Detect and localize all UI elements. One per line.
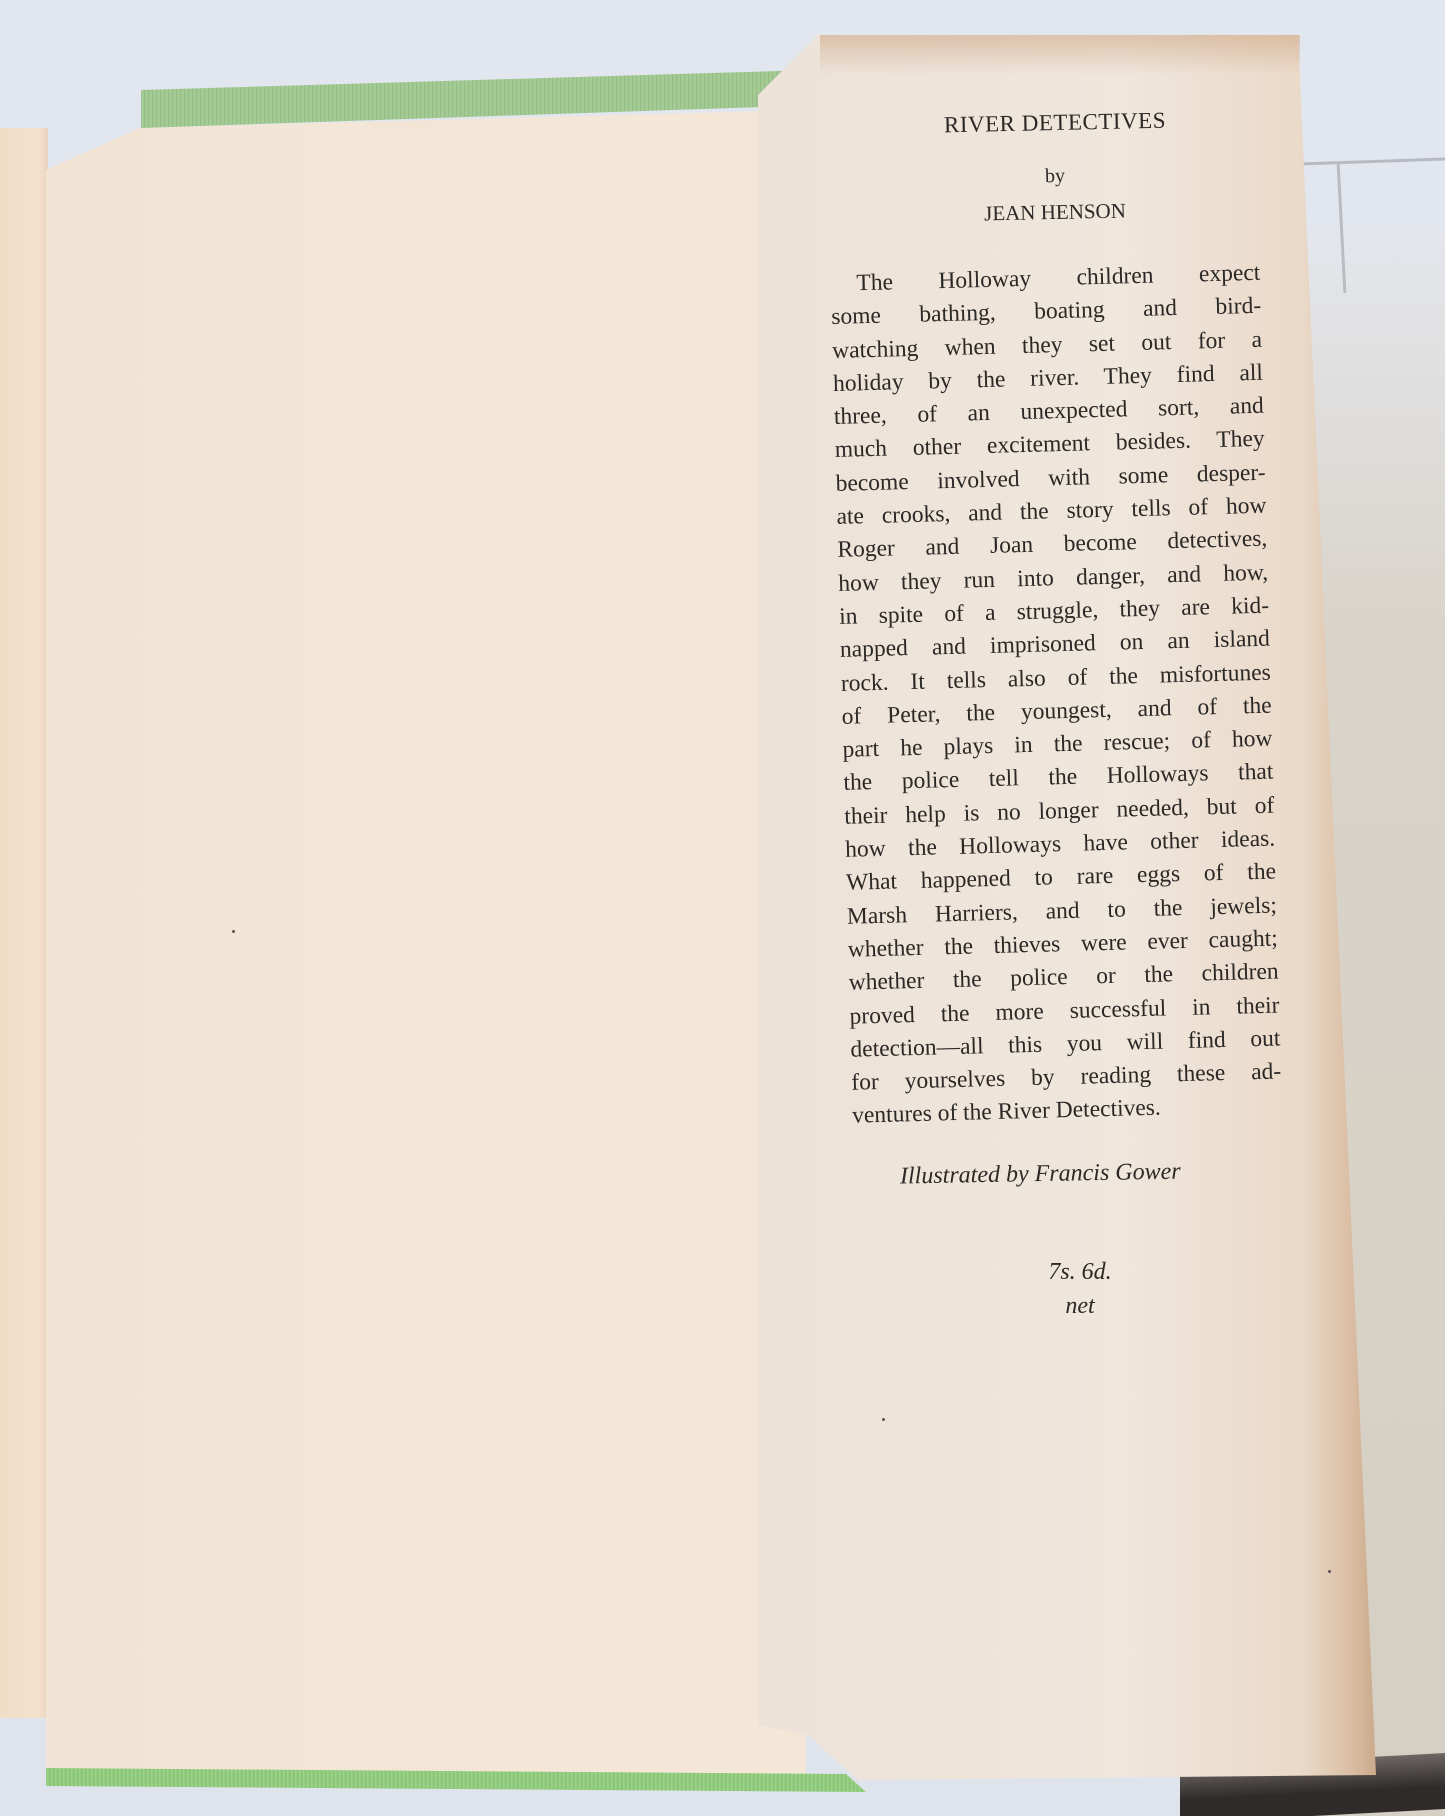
flap-age-stain <box>820 35 1300 75</box>
blurb-paragraph: The Holloway children expect some bathin… <box>830 256 1313 1133</box>
price-net-label: net <box>1020 1289 1140 1323</box>
left-endpaper-page <box>0 128 48 1718</box>
paper-speck <box>882 1418 885 1421</box>
paper-speck <box>1328 1570 1331 1573</box>
paper-speck <box>232 930 235 933</box>
price: 7s. 6d. net <box>1020 1255 1140 1323</box>
price-amount: 7s. 6d. <box>1020 1255 1140 1289</box>
